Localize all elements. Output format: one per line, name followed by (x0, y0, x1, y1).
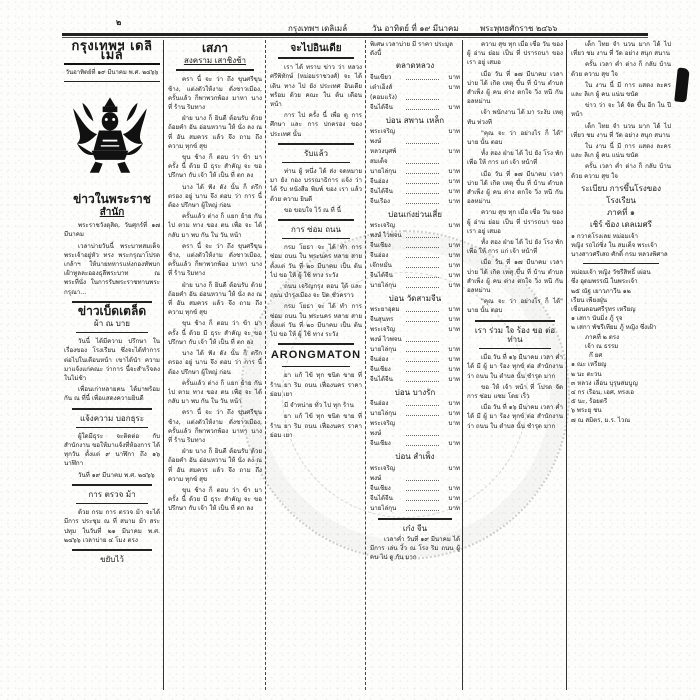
column-1: กรุงเทพฯ เดลิเมล์ วันอาทิตย์ที่ ๑๙ มีนาค… (64, 40, 160, 692)
misc-news-heading: ข่าวเบ็ดเตล็ด (64, 307, 160, 316)
royal-court-heading: ข่าวในพระราช (64, 195, 160, 204)
list-row: จีนได้จีนบาท (370, 375, 460, 385)
list-item: เชื่อนดอนศรีรุทร เหรียญ (571, 305, 671, 314)
school-regulations-heading: ระเบียบ การขึ้นโรงของ (571, 184, 671, 193)
top-rule-thin (62, 37, 648, 38)
section-rule (475, 320, 555, 322)
section-rule (278, 143, 354, 145)
list-item: ๒๕ ณัฐ เยาวภาวีน ๑๒ (571, 287, 671, 296)
list-row: พระเจริญพงษ์บาท (370, 127, 460, 147)
section-rule (278, 343, 354, 345)
list-item: หม่อมเจ้า หญิง วัชรีสิทธิ์ เผ่อน (571, 268, 671, 277)
section-rule (583, 263, 659, 264)
misc-paragraph: เพื่อนเก่าหลายคน ได้มาพร้อมกัน ณ ที่นี้ … (64, 385, 160, 403)
list-item: ภาคที่ ๒ ตรง (571, 333, 671, 342)
garuda-emblem-icon (64, 90, 156, 182)
received-heading: รับแล้ว (270, 149, 362, 158)
column-2: เสภา สงคราม เสาชิงช้า ครา นี้ จะ ว่า ถึง… (168, 40, 262, 692)
notice-heading: แจ้งความ บอกธุระ (64, 414, 160, 423)
column-divider (265, 40, 266, 690)
list-item: ๑ ณะ เหรียญ (571, 360, 671, 369)
list-row: นายไล่กุนบาท (370, 345, 460, 355)
news-paragraph: "คุณ จะ ว่า อย่างไร ก็ ได้" นาย นั้น ตอบ (467, 297, 563, 315)
list-item: ๓ หลวง เลื่อน บุรุษสมบูญ (571, 379, 671, 388)
news-paragraph: เด็ก ไทย จำ นวน มาก ได้ ไป เที่ยว ชม งาน… (571, 40, 671, 58)
column-divider (462, 40, 463, 690)
section-rule (378, 518, 452, 520)
poem-subtitle: สงคราม เสาชิงช้า (168, 56, 262, 65)
petition-paragraph: เมื่อ วัน ที่ ๑๖ มีนาคม เวลา ค่ำ ได้ มี … (467, 353, 563, 381)
list-row: จีนฮ่องบาท (370, 399, 460, 409)
list-item: ซึ่ง อุดมพรรณี ในพระเจ้า (571, 277, 671, 286)
group-title: บ่อน บางรัก (370, 388, 460, 397)
column-5: ความ สุข ทุก เมื่อ เชื่อ วัน ของ ผู้ อ่า… (467, 40, 563, 692)
section-rule (479, 348, 551, 349)
chinese-opera-paragraph: เวลาค่ำ วันที่ ๑๙ มีนาคม ได้มีการ เล่น ง… (370, 535, 460, 563)
list-row: จีนได้จีนบาท (370, 103, 460, 113)
masthead-date: วันอาทิตย์ที่ ๑๙ มีนาคม พ.ศ. ๒๔๖๖ (64, 65, 160, 81)
list-item: ก๊ ยศ (571, 351, 671, 360)
section-rule (72, 408, 152, 410)
part-label: ภาคที่ ๑ (571, 208, 671, 217)
poem-paragraph: ฝ่าย นาง ก็ ยินดี ต้อนรับ ด้วย ถ้อยคำ อั… (168, 447, 262, 484)
list-item: ๒ นะ ตะวน (571, 370, 671, 379)
list-row: จีนเชียงบาท (370, 439, 460, 449)
poem-paragraph: ขุน ช้าง ก็ ตอบ ว่า ข้า มา ครั้ง นี้ ด้ว… (168, 319, 262, 347)
school-regulations-subheading: โรงเรียน (571, 196, 671, 205)
news-paragraph: เด็ก ไทย จำ นวน มาก ได้ ไป เที่ยว ชม งาน… (571, 122, 671, 140)
group-title: บ่อน วัดสามจีน (370, 294, 460, 303)
list-row: จีนได้จีนบาท (370, 494, 460, 504)
news-paragraph: ครั้น เวลา ค่ำ ต่าง ก็ กลับ บ้าน ด้วย คว… (571, 162, 671, 180)
list-row: จีนเชียงบาท (370, 365, 460, 375)
horse-inspection-heading: การ ตรวจ ม้า (64, 490, 160, 499)
list-row: พระเจริญพงษ์ ไวพจนบาท (370, 325, 460, 345)
list-row: พระเจริญพงษ์บาท (370, 419, 460, 439)
poem-paragraph: นาง ได้ ฟัง ดัง นั้น ก็ ตรึก ตรอง อยู่ น… (168, 183, 262, 211)
column-divider (566, 40, 567, 690)
ink-blot (674, 67, 689, 102)
list-item: ๑ เสกา นันมิ่ง ภู้ รุจ (571, 314, 671, 323)
chinese-opera-heading: เก๋ง จีน (370, 524, 460, 533)
news-paragraph: ทั้ง สอง ฝ่าย ได้ ไป ยัง โรง พัก เพื่อ ใ… (467, 149, 563, 167)
group-title: ตลาดหลวง (370, 61, 460, 70)
news-paragraph: เจ้า พนักงาน ได้ มา ระงับ เหตุ ทัน ท่วงท… (467, 108, 563, 126)
section-rule (176, 69, 254, 71)
section-rule (76, 503, 148, 504)
news-paragraph: ครั้น เวลา ค่ำ ต่าง ก็ กลับ บ้าน ด้วย คว… (571, 60, 671, 78)
poem-paragraph: ครา นี้ จะ ว่า ถึง ขุนศรีขุนช้าง, แต่งตั… (168, 408, 262, 445)
news-paragraph: เมื่อ วัน ที่ ๑๗ มีนาคม เวลา บ่าย ได้ เก… (467, 258, 563, 295)
india-trip-title: จะไปอินเดีย (270, 44, 362, 53)
news-paragraph: ทั้ง สอง ฝ่าย ได้ ไป ยัง โรง พัก เพื่อ ใ… (467, 238, 563, 256)
list-row: จีนฮ่องบาท (370, 177, 460, 187)
english-heading: ARONGMATON (270, 351, 362, 360)
school-name: เชิร์ ซ้อง เดลเมศรี (571, 220, 671, 229)
news-paragraph: "คุณ จะ ว่า อย่างไร ก็ ได้" นาย นั้น ตอบ (467, 129, 563, 147)
received-paragraph: ท่าน ผู้ หนึ่ง ได้ ส่ง จดหมาย มา ยัง กอง… (270, 167, 362, 204)
list-row: นายไล่กุนบาท (370, 409, 460, 419)
poem-paragraph: ขุน ช้าง ก็ ตอบ ว่า ข้า มา ครั้ง นี้ ด้ว… (168, 486, 262, 514)
poem-paragraph: ครั้นแล้ว ต่าง ก็ แยก ย้าย กัน ไป ตาม ทา… (168, 212, 262, 240)
section-rule (76, 332, 148, 333)
poem-paragraph: ครั้นแล้ว ต่าง ก็ แยก ย้าย กัน ไป ตาม ทา… (168, 379, 262, 407)
list-row: จีนเรืองบาท (370, 197, 460, 207)
royal-court-subheading: สำนัก (64, 208, 160, 217)
news-paragraph: ข่าว ว่า จะ ได้ จัด ขึ้น อีก ใน ปี หน้า (571, 101, 671, 119)
newspaper-page: ๒ กรุงเทพฯ เดลิเมล์ วัน อาทิตย์ ที่ ๑๙ ม… (0, 0, 700, 700)
masthead: กรุงเทพฯ เดลิเมล์ (64, 40, 160, 65)
section-rule (72, 301, 152, 303)
section-rule (72, 484, 152, 486)
list-row: จีนเชียงบาท (370, 484, 460, 494)
notice-paragraph: ผู้ใดมีธุระ จะติดต่อ กับสำนักงาน ขอให้มา… (64, 432, 160, 469)
group-title: บ่อน สพาน เหล็ก (370, 116, 460, 125)
news-paragraph: เมื่อ วัน ที่ ๑๗ มีนาคม เวลา บ่าย ได้ เก… (467, 170, 563, 207)
court-paragraph: เวลาบ่ายวันนี้ พระบาทสมเด็จพระเจ้าอยู่หั… (64, 242, 160, 297)
list-row: นายไล่กุนบาท (370, 281, 460, 291)
india-paragraph: เรา ได้ ทราบ ข่าว ว่า หลวง ศรีพิทักษ์ (ห… (270, 63, 362, 109)
school-list: ๑ กวาดโรงเลย หม่อมเจ้า หญิง รถไถ่ซิ่ง ใน… (571, 232, 671, 425)
petition-heading: เรา ร่วม ใจ ร้อง ขอ ต่อ ท่าน (467, 326, 563, 344)
list-item: ๗ ณ สมิตร, ม.ร. ไวณ (571, 416, 671, 425)
news-paragraph: ใน งาน นี้ มี การ แสดง ละคร และ ลิเก ผู้… (571, 142, 671, 160)
road-repair-paragraph: ถนน เจริญกรุง ตอน ใต้ และ ถนน บำรุงเมือง… (270, 282, 362, 300)
running-head: ๒ กรุงเทพฯ เดลิเมล์ วัน อาทิตย์ ที่ ๑๙ ม… (60, 16, 670, 34)
list-item: ๖ พระยุ ชน (571, 406, 671, 415)
section-rule (278, 57, 354, 59)
news-paragraph: ความ สุข ทุก เมื่อ เชื่อ วัน ของ ผู้ อ่า… (467, 40, 563, 68)
list-row: พระเจริญพงษ์บาท (370, 464, 460, 484)
court-paragraph: พระราชวังดุสิต, วันศุกร์ที่ ๑๗ มีนาคม (64, 221, 160, 239)
list-row: เต๋าเอ็งส์ (คอมแร้ง)บาท (370, 83, 460, 103)
group-title: บ่อนเก่งย่วนเสี่ย (370, 210, 460, 219)
poem-paragraph: ครา นี้ จะ ว่า ถึง ขุนศรีขุนช้าง, แต่งตั… (168, 75, 262, 112)
section-rule (278, 219, 354, 221)
horse-inspection-paragraph: ด้วย กรม การ ตรวจ ม้า จะได้มีการ ประชุม … (64, 508, 160, 545)
notice-paragraph: วันที่ ๑๙ มีนาคม พ.ศ. ๒๔๖๖ (64, 471, 160, 480)
section-rule (282, 162, 350, 163)
misc-news-sub: ผ้า ณ บาย (64, 319, 160, 328)
medicine-ad-paragraph: ยา แก้ ไข้ ทุก ชนิด ขาย ที่ ร้าน ยา ริม … (270, 371, 362, 399)
list-item: ๕ นะ, ร้อยตรี (571, 397, 671, 406)
group-title: บ่อน สำเพ็ง (370, 452, 460, 461)
list-row: นายไล่กุนบาท (370, 504, 460, 514)
section-rule (282, 238, 350, 239)
petition-paragraph: เมื่อ วัน ที่ ๑๖ มีนาคม เวลา ค่ำ ได้ มี … (467, 403, 563, 431)
petition-paragraph: ขอ ให้ เจ้า หน้า ที่ โปรด จัด การ ซ่อม แ… (467, 383, 563, 401)
medicine-ad-paragraph: ยา แก้ ไข้ ทุก ชนิด ขาย ที่ ร้าน ยา ริม … (270, 412, 362, 440)
list-row: นายไล่กุนบาท (370, 167, 460, 177)
list-item: เจ้า ณ ธรรม (571, 342, 671, 351)
list-item: ๒ เสกา พัชรีเทียม ภู้ หญิง ซึ่งเฝ้า (571, 323, 671, 332)
list-row: จีนฮ่องบาท (370, 355, 460, 365)
column-4-lottery-list: พิเศษ เวลาบ่าย มี ราคา ประมูล ดังนี้ ตลา… (370, 40, 460, 692)
list-row: จีนเขียวบาท (370, 73, 460, 83)
medicine-ad-paragraph: มี จำหน่าย ทั่ว ไป ทุก ร้าน (270, 401, 362, 410)
india-paragraph: การ ไป ครั้ง นี้ เพื่อ ดู การ ศึกษา และ … (270, 111, 362, 139)
news-paragraph: ความ สุข ทุก เมื่อ เชื่อ วัน ของ ผู้ อ่า… (467, 208, 563, 236)
column-6: เด็ก ไทย จำ นวน มาก ได้ ไป เที่ยว ชม งาน… (571, 40, 671, 692)
poem-paragraph: ครา นี้ จะ ว่า ถึง ขุนศรีขุนช้าง, แต่งตั… (168, 242, 262, 279)
news-paragraph: เมื่อ วัน ที่ ๑๗ มีนาคม เวลา บ่าย ได้ เก… (467, 70, 563, 107)
road-repair-paragraph: กรม โยธา จะ ได้ ทำ การ ซ่อม ถนน ใน พระนค… (270, 302, 362, 339)
list-row: เจ๊กหมั่นบาท (370, 261, 460, 271)
poem-title: เสภา (168, 44, 262, 53)
poem-paragraph: นาง ได้ ฟัง ดัง นั้น ก็ ตรึก ตรอง อยู่ น… (168, 349, 262, 377)
poem-paragraph: ฝ่าย นาง ก็ ยินดี ต้อนรับ ด้วย ถ้อยคำ อั… (168, 281, 262, 318)
list-item: ๑ กวาดโรงเลย หม่อมเจ้า (571, 232, 671, 241)
news-paragraph: ใน งาน นี้ มี การ แสดง ละคร และ ลิเก ผู้… (571, 81, 671, 99)
column-divider (365, 40, 366, 690)
section-rule (72, 549, 152, 551)
list-row: จีนฮ่องบาท (370, 251, 460, 261)
list-row: หลวงบุศพ์สมเด็จบาท (370, 147, 460, 167)
footer-label: ขยับไว้ (64, 555, 160, 564)
list-item: เรียน เพียงฝุ่น (571, 296, 671, 305)
top-rule (62, 33, 648, 36)
column-divider (163, 40, 164, 690)
page-number: ๒ (116, 16, 121, 29)
received-paragraph: ขอ ขอบใจ ไว้ ณ ที่ นี้ (270, 206, 362, 215)
list-item: นางสาวศรีเสถ ศักดิ์ กรม หลวงพิศาล (571, 250, 671, 259)
list-intro: พิเศษ เวลาบ่าย มี ราคา ประมูล ดังนี้ (370, 40, 460, 58)
list-item: ๔ กร เรือน, เอศ, ทรงเอ (571, 388, 671, 397)
section-rule (282, 366, 350, 367)
list-item: หญิง รถไถ่ซิ่ง ใน สมเด็จ พระเจ้า (571, 241, 671, 250)
section-rule (76, 427, 148, 428)
list-row: จีนได้จีนบาท (370, 187, 460, 197)
list-row: พระเจริญพงษ์ ไวพจนบาท (370, 221, 460, 241)
price-list: ตลาดหลวง จีนเขียวบาท เต๋าเอ็งส์ (คอมแร้ง… (370, 61, 460, 513)
misc-paragraph: วันนี้ ได้มีความ ปรึกษา ในเรื่องของ โรงเ… (64, 337, 160, 383)
road-repair-heading: การ ซ่อม ถนน (270, 225, 362, 234)
column-3: จะไปอินเดีย เรา ได้ ทราบ ข่าว ว่า หลวง ศ… (270, 40, 362, 692)
poem-paragraph: ฝ่าย นาง ก็ ยินดี ต้อนรับ ด้วย ถ้อยคำ อั… (168, 114, 262, 151)
list-row: จีนได้จีนบาท (370, 271, 460, 281)
road-repair-paragraph: กรม โยธา จะ ได้ ทำ การ ซ่อม ถนน ใน พระนค… (270, 243, 362, 280)
list-row: จีนสุนทรบาท (370, 315, 460, 325)
list-row: จีนเชียงบาท (370, 241, 460, 251)
poem-paragraph: ขุน ช้าง ก็ ตอบ ว่า ข้า มา ครั้ง นี้ ด้ว… (168, 153, 262, 181)
list-row: พระยาอุดมบาท (370, 305, 460, 315)
